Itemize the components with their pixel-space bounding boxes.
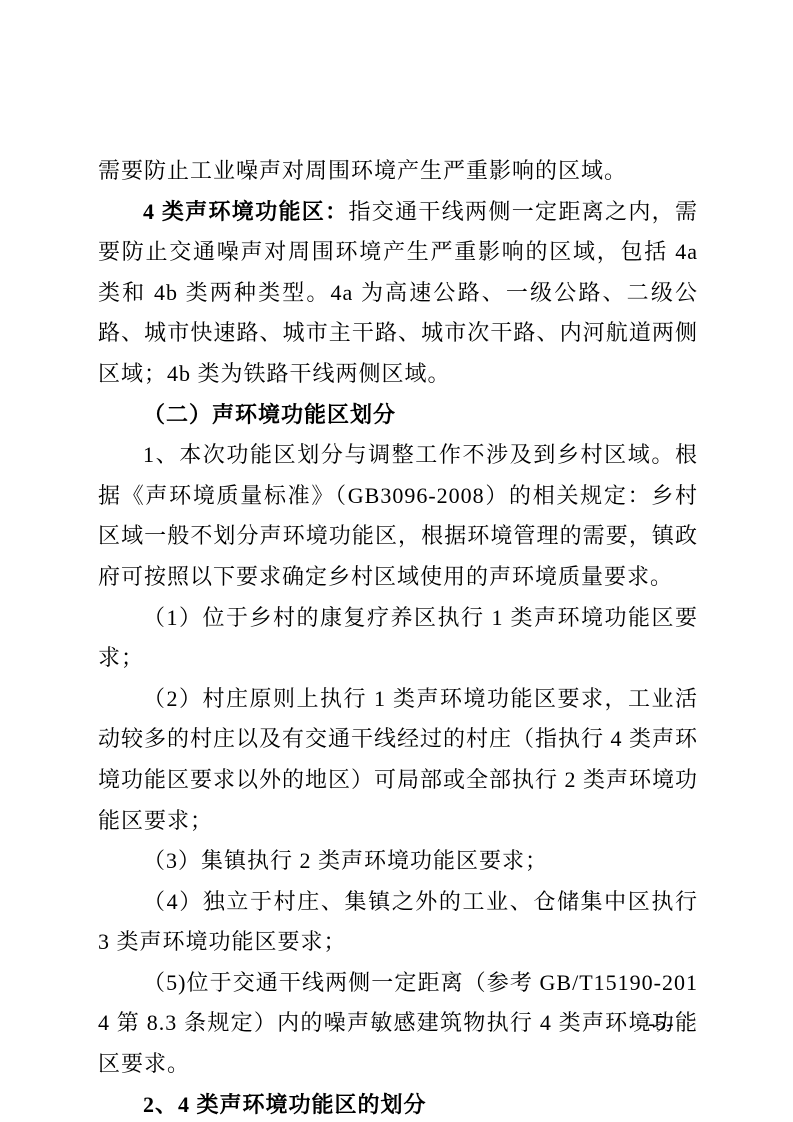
- heading-text: （二）声环境功能区划分: [143, 402, 396, 427]
- paragraph-text: （4）独立于村庄、集镇之外的工业、仓储集中区执行 3 类声环境功能区要求；: [98, 889, 698, 955]
- paragraph-text: 1、本次功能区划分与调整工作不涉及到乡村区域。根据《声环境质量标准》（GB309…: [98, 442, 698, 589]
- paragraph-rural-rules-intro: 1、本次功能区划分与调整工作不涉及到乡村区域。根据《声环境质量标准》（GB309…: [98, 435, 698, 597]
- page-body-text: 需要防止工业噪声对周围环境产生严重影响的区域。 4 类声环境功能区：指交通干线两…: [98, 151, 698, 1122]
- heading-text: 2、4 类声环境功能区的划分: [143, 1092, 427, 1117]
- section-heading-zone-division: （二）声环境功能区划分: [98, 395, 698, 436]
- paragraph-class4-definition: 4 类声环境功能区：指交通干线两侧一定距离之内，需要防止交通噪声对周围环境产生严…: [98, 192, 698, 395]
- paragraph-text: 需要防止工业噪声对周围环境产生严重影响的区域。: [98, 158, 627, 183]
- paragraph-text: 指交通干线两侧一定距离之内，需要防止交通噪声对周围环境产生严重影响的区域，包括 …: [98, 199, 698, 386]
- list-item-5: （5)位于交通干线两侧一定距离（参考 GB/T15190-2014 第 8.3 …: [98, 963, 698, 1085]
- list-item-3: （3）集镇执行 2 类声环境功能区要求；: [98, 841, 698, 882]
- document-page: 需要防止工业噪声对周围环境产生严重影响的区域。 4 类声环境功能区：指交通干线两…: [0, 0, 793, 1122]
- list-item-4: （4）独立于村庄、集镇之外的工业、仓储集中区执行 3 类声环境功能区要求；: [98, 882, 698, 963]
- paragraph-text: （1）位于乡村的康复疗养区执行 1 类声环境功能区要求；: [98, 605, 698, 671]
- section-heading-class4-division: 2、4 类声环境功能区的划分: [98, 1085, 698, 1122]
- paragraph-text: （5)位于交通干线两侧一定距离（参考 GB/T15190-2014 第 8.3 …: [98, 970, 698, 1076]
- paragraph-bold-lead: 4 类声环境功能区：: [143, 199, 348, 224]
- paragraph-continuation: 需要防止工业噪声对周围环境产生严重影响的区域。: [98, 151, 698, 192]
- paragraph-text: （2）村庄原则上执行 1 类声环境功能区要求，工业活动较多的村庄以及有交通干线经…: [98, 686, 698, 833]
- list-item-1: （1）位于乡村的康复疗养区执行 1 类声环境功能区要求；: [98, 598, 698, 679]
- page-number: -5-: [648, 1012, 674, 1034]
- paragraph-text: （3）集镇执行 2 类声环境功能区要求；: [143, 848, 548, 873]
- list-item-2: （2）村庄原则上执行 1 类声环境功能区要求，工业活动较多的村庄以及有交通干线经…: [98, 679, 698, 841]
